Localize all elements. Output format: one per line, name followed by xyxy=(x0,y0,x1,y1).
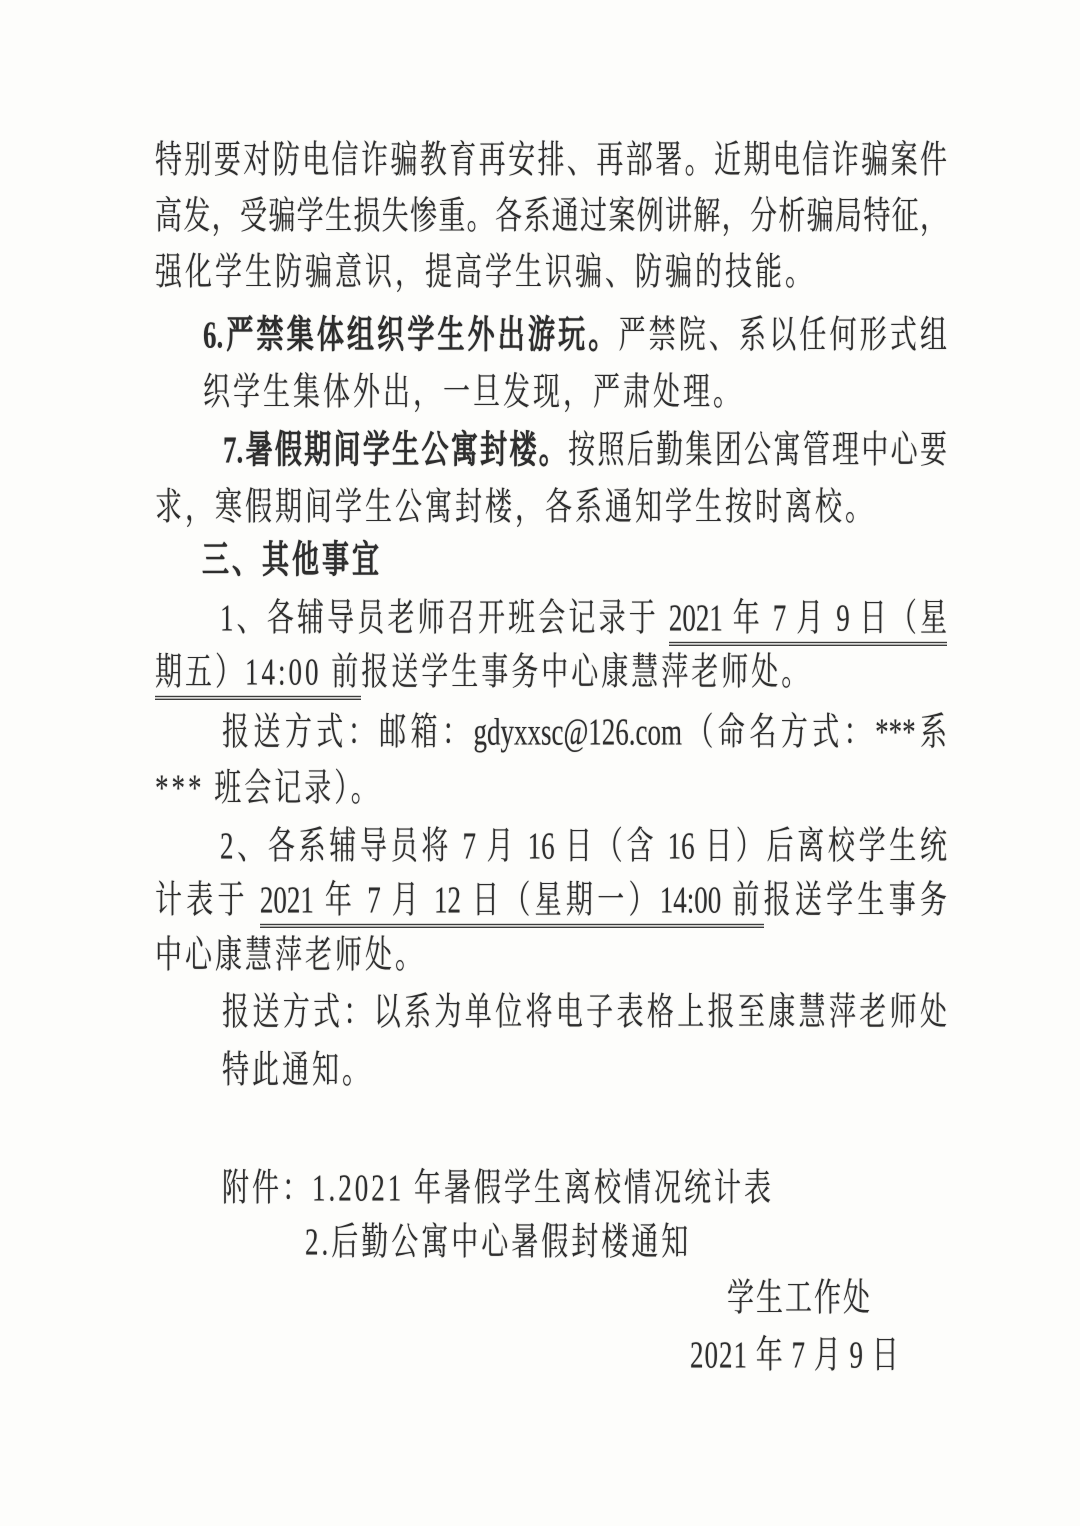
other-item2-text-cont: 报送学生事务 xyxy=(764,879,947,921)
attachment-line-1: 附件：1.2021 年暑假学生离校情况统计表 xyxy=(155,1160,947,1216)
other-item1-text: 1、各辅导员老师召开班会记录于 xyxy=(220,597,669,639)
fraud-paragraph-line-3: 强化学生防骗意识，提高学生识骗、防骗的技能。 xyxy=(155,244,947,300)
other-item2-deadline-underlined: 2021 年 7 月 12 日（星期一）14:00 前 xyxy=(260,879,764,928)
item6-line-1: 6.严禁集体组织学生外出游玩。严禁院、系以任何形式组 xyxy=(155,307,947,363)
item7-text: 按照后勤集团公寓管理中心要 xyxy=(568,429,947,471)
item7-line-2: 求，寒假期间学生公寓封楼，各系通知学生按时离校。 xyxy=(155,479,947,535)
other-item2-line-1: 2、各系辅导员将 7 月 16 日（含 16 日）后离校学生统 xyxy=(155,818,947,874)
section-heading-other-matters: 三、其他事宜 xyxy=(155,532,947,588)
fraud-paragraph-line-2: 高发，受骗学生损失惨重。各系通过案例讲解，分析骗局特征， xyxy=(155,188,947,244)
document-page: 特别要对防电信诈骗教育再安排、再部署。近期电信诈骗案件 高发，受骗学生损失惨重。… xyxy=(0,0,1080,1526)
signature-date: 2021 年 7 月 9 日 xyxy=(690,1327,900,1383)
other-item1-line-2: 期五）14:00 前报送学生事务中心康慧萍老师处。 xyxy=(155,644,947,700)
fraud-paragraph-line-1: 特别要对防电信诈骗教育再安排、再部署。近期电信诈骗案件 xyxy=(155,132,947,188)
other-item2-text: 计表于 xyxy=(155,879,260,921)
item7-line-1: 7.暑假期间学生公寓封楼。按照后勤集团公寓管理中心要 xyxy=(155,422,947,478)
other-item2-line-2: 计表于 2021 年 7 月 12 日（星期一）14:00 前报送学生事务 xyxy=(155,872,947,928)
item6-text: 严禁院、系以任何形式组 xyxy=(618,314,947,356)
other-item2-line-3: 中心康慧萍老师处。 xyxy=(155,927,947,983)
other-item1-deadline-underlined-cont: 期五）14:00 前 xyxy=(155,651,361,700)
other-item1-submission-line-2: *** 班会记录）。 xyxy=(155,760,947,816)
other-item2-submission-line: 报送方式：以系为单位将电子表格上报至康慧萍老师处 xyxy=(155,984,947,1040)
other-item1-line-1: 1、各辅导员老师召开班会记录于 2021 年 7 月 9 日（星 xyxy=(155,590,947,646)
item6-heading: 6.严禁集体组织学生外出游玩。 xyxy=(203,314,618,356)
other-item1-text-cont: 报送学生事务中心康慧萍老师处。 xyxy=(361,651,811,693)
item6-line-2: 织学生集体外出，一旦发现，严肃处理。 xyxy=(155,364,947,420)
signature-department: 学生工作处 xyxy=(727,1270,872,1326)
other-item1-deadline-underlined: 2021 年 7 月 9 日（星 xyxy=(669,597,947,646)
other-item1-submission-line: 报送方式：邮箱：gdyxxsc@126.com（命名方式：***系 xyxy=(155,704,947,760)
attachment-line-2: 2.后勤公寓中心暑假封楼通知 xyxy=(155,1214,947,1270)
hereby-notice-line: 特此通知。 xyxy=(155,1042,947,1098)
item7-heading: 7.暑假期间学生公寓封楼。 xyxy=(223,429,568,471)
